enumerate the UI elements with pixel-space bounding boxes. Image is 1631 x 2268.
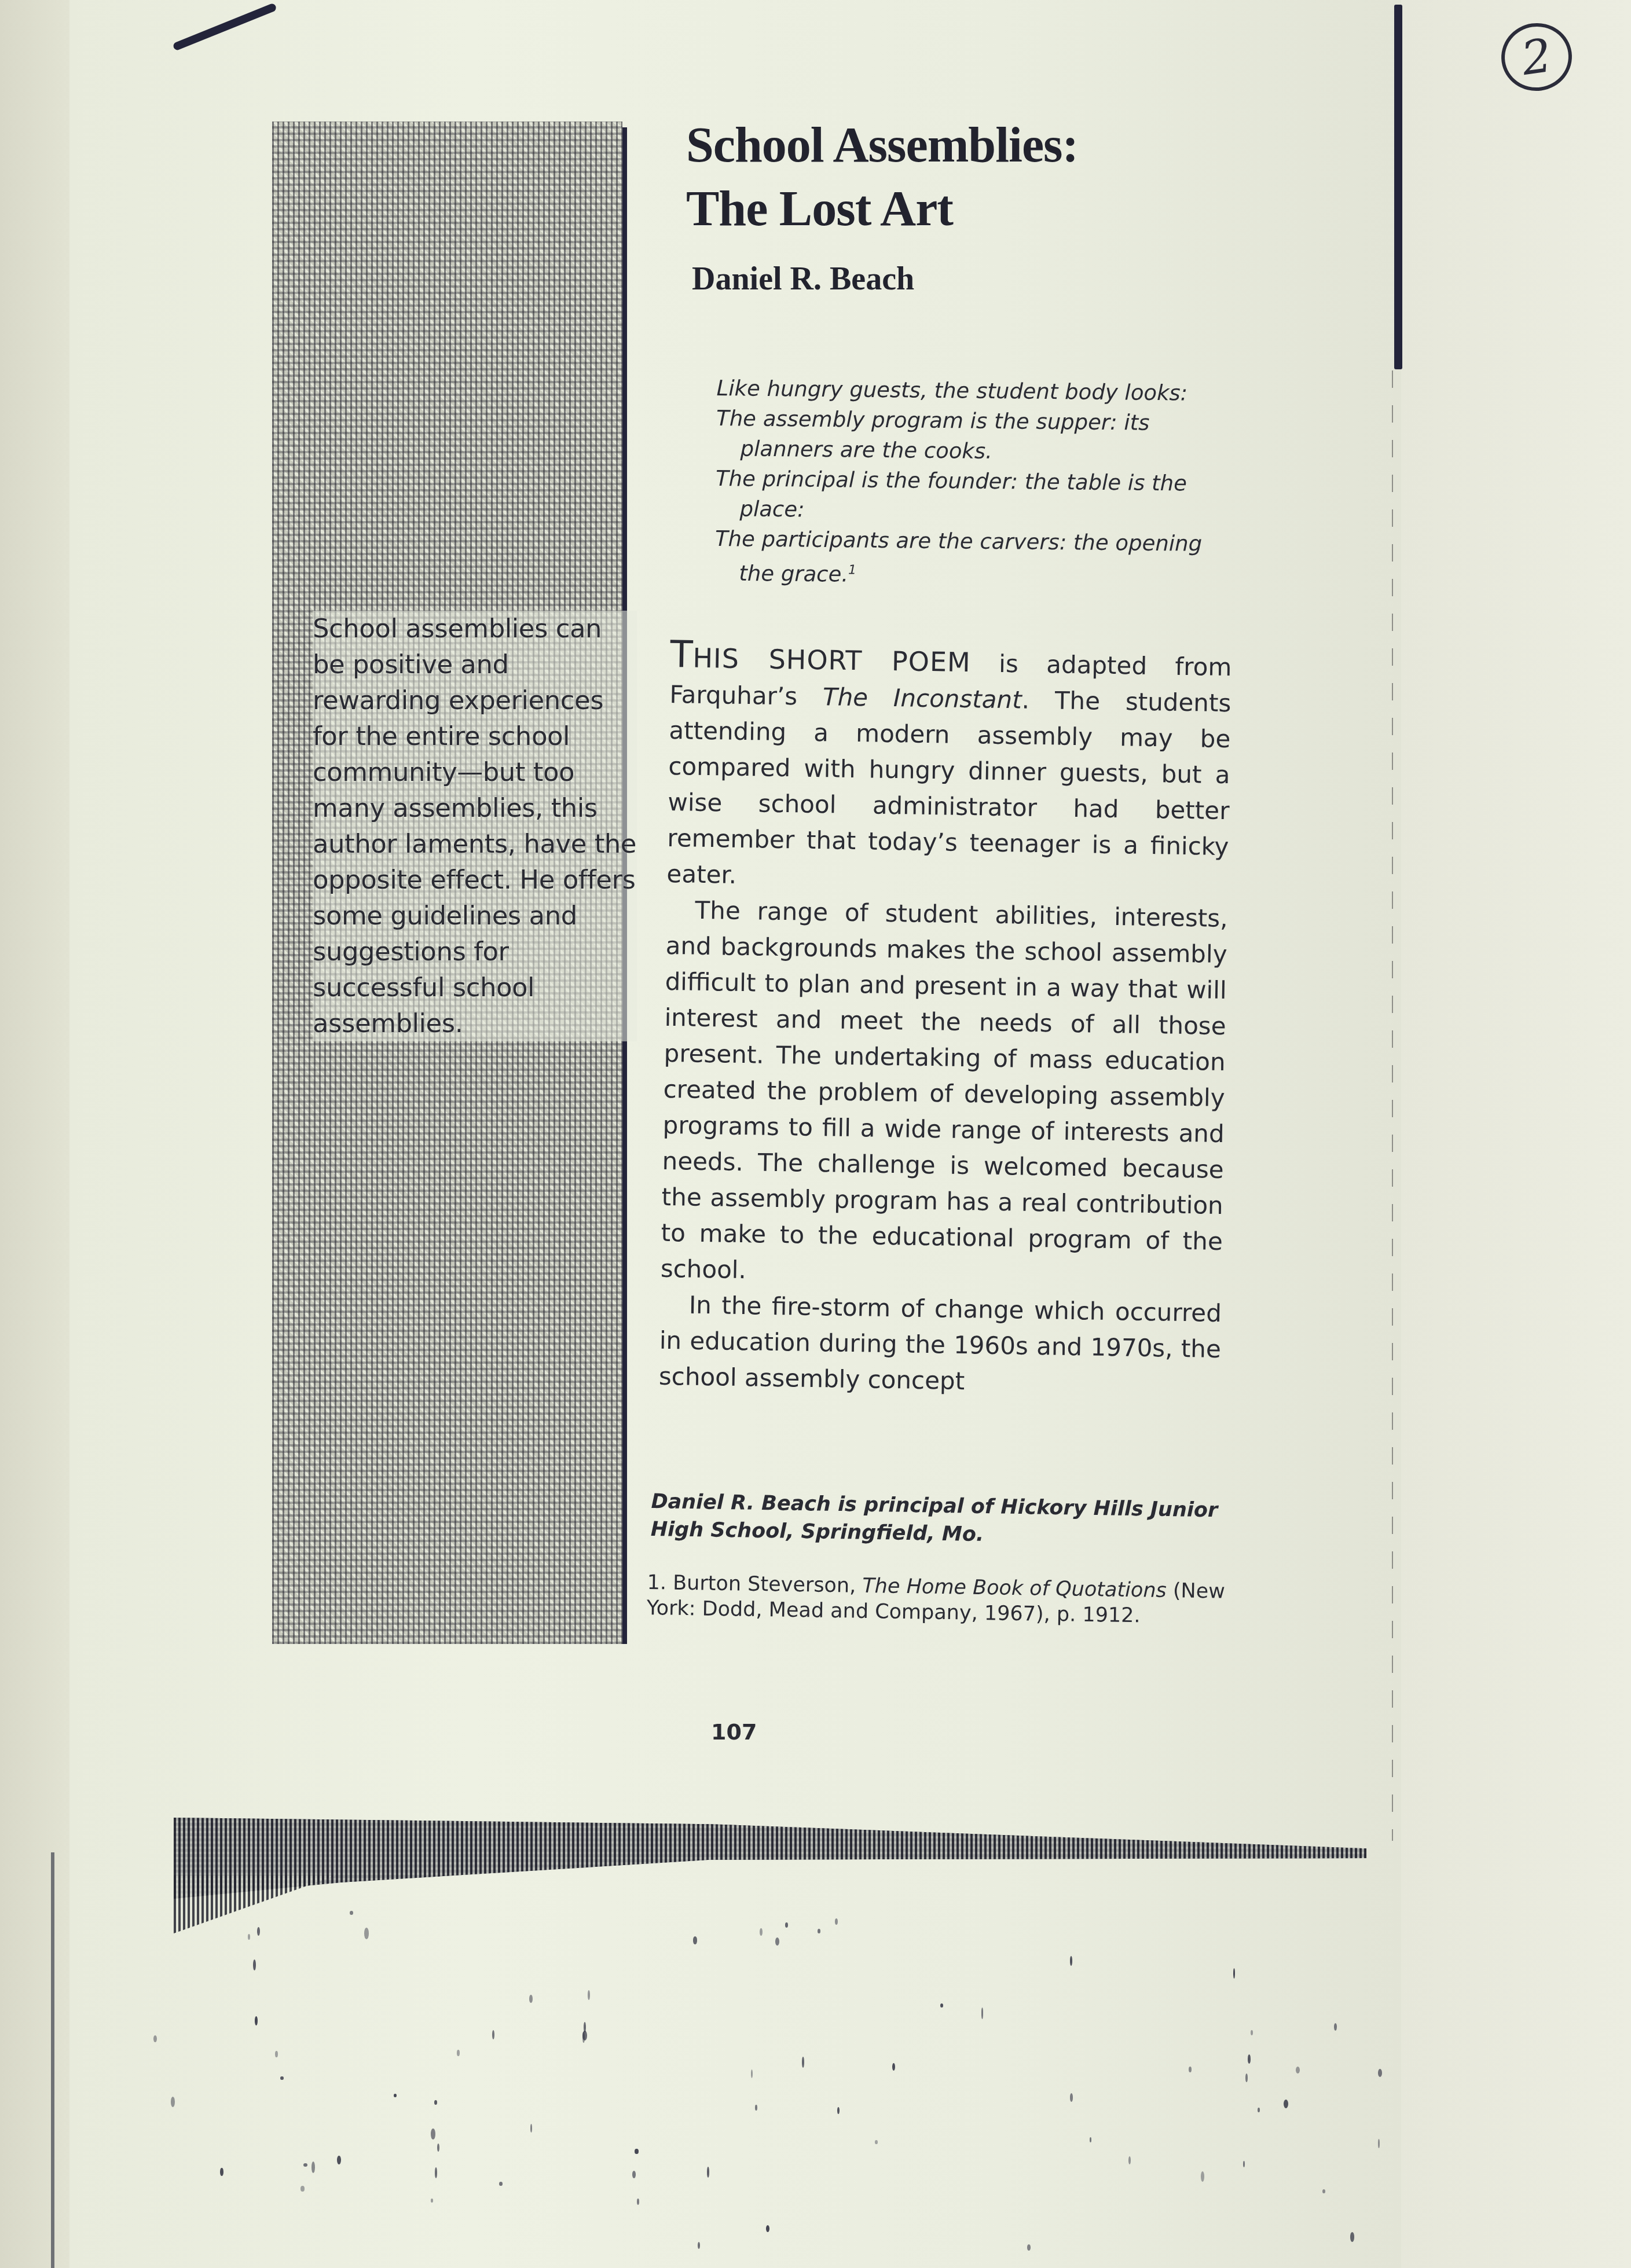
footnote-ref: 1 <box>848 563 856 577</box>
page-edge-line <box>51 1852 54 2268</box>
footnote-author: Burton Steverson, <box>673 1572 863 1598</box>
paragraph-3: In the fire-storm of change which occurr… <box>658 1287 1222 1403</box>
adjacent-page-edge <box>0 0 69 2268</box>
epigraph-line: the grace.1 <box>714 554 1225 594</box>
footnote-1: 1. Burton Steverson, The Home Book of Qu… <box>647 1570 1232 1630</box>
pull-quote: School assemblies can be positive and re… <box>313 611 637 1041</box>
lead-in: HIS SHORT POEM <box>692 643 971 678</box>
epigraph-line: Like hungry guests, the student body loo… <box>716 373 1226 409</box>
footnote-number: 1. <box>647 1571 666 1595</box>
paragraph-2: The range of student abilities, interest… <box>660 892 1228 1296</box>
page-border-rule <box>1394 5 1402 369</box>
title-line-1: School Assemblies: <box>686 113 1207 177</box>
article-title: School Assemblies: The Lost Art <box>686 113 1207 240</box>
author-bio: Daniel R. Beach is principal of Hickory … <box>650 1488 1230 1553</box>
page-border-rule-faint <box>1392 370 1393 1841</box>
footnote-book-title: The Home Book of Quotations <box>862 1575 1167 1602</box>
article-body: THIS SHORT POEM is adapted from Farquhar… <box>658 637 1232 1403</box>
article-author: Daniel R. Beach <box>692 260 914 298</box>
epigraph-line: place: <box>715 494 1225 529</box>
epigraph-poem: Like hungry guests, the student body loo… <box>714 373 1226 594</box>
epigraph-line: The assembly program is the supper: its <box>716 403 1226 439</box>
play-title: The Inconstant <box>823 682 1022 714</box>
drop-cap: T <box>670 633 693 677</box>
epigraph-line: planners are the cooks. <box>716 434 1225 469</box>
paragraph-1: THIS SHORT POEM is adapted from Farquhar… <box>666 637 1232 901</box>
right-margin <box>1401 0 1631 2268</box>
page-number: 107 <box>711 1719 757 1745</box>
epigraph-line: The principal is the founder: the table … <box>716 464 1225 499</box>
page-marker-number: 2 <box>1518 28 1555 86</box>
epigraph-line: The participants are the carvers: the op… <box>715 524 1225 559</box>
title-line-2: The Lost Art <box>686 177 1207 240</box>
